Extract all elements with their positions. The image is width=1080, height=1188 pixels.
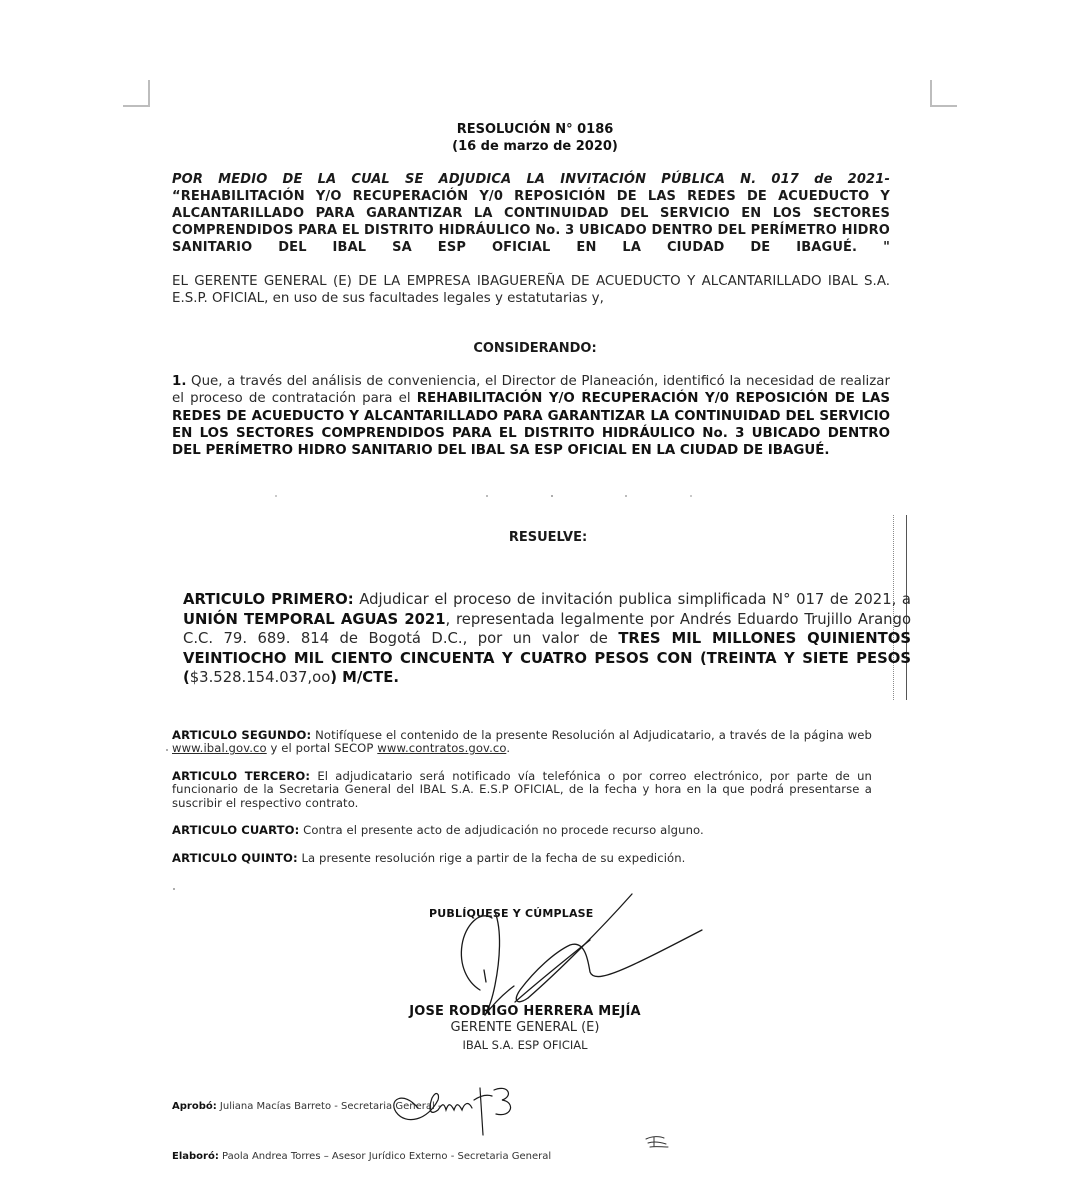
resuelve-heading: RESUELVE: bbox=[300, 530, 796, 545]
preamble-subject: “REHABILITACIÓN Y/O RECUPERACIÓN Y/0 REP… bbox=[172, 189, 890, 255]
initials-icon bbox=[642, 1134, 672, 1150]
articulo-text: Notifíquese el contenido de la presente … bbox=[315, 728, 872, 742]
approval-signature-icon bbox=[388, 1080, 528, 1140]
signer-organization: IBAL S.A. ESP OFICIAL bbox=[330, 1038, 720, 1052]
ibal-website-link[interactable]: www.ibal.gov.co bbox=[172, 741, 267, 755]
articulo-label: ARTICULO PRIMERO: bbox=[183, 591, 354, 608]
secop-website-link[interactable]: www.contratos.gov.co bbox=[377, 741, 506, 755]
articulo-cuarto: ARTICULO CUARTO: Contra el presente acto… bbox=[172, 824, 872, 837]
scan-speck bbox=[551, 495, 553, 497]
scan-speck bbox=[173, 888, 175, 890]
scan-speck bbox=[275, 495, 277, 497]
signer-name: JOSE RODRIGO HERRERA MEJÍA bbox=[330, 1004, 720, 1019]
awardee-name: UNIÓN TEMPORAL AGUAS 2021 bbox=[183, 611, 446, 628]
articulo-text: y el portal SECOP bbox=[271, 741, 374, 755]
preamble: POR MEDIO DE LA CUAL SE ADJUDICA LA INVI… bbox=[172, 171, 890, 256]
articulo-text: Contra el presente acto de adjudicación … bbox=[303, 823, 704, 837]
articulo-label: ARTICULO CUARTO: bbox=[172, 823, 299, 837]
page-corner-mark-left bbox=[123, 80, 150, 107]
approved-by-label: Aprobó: bbox=[172, 1101, 217, 1112]
prepared-by-label: Elaboró: bbox=[172, 1151, 219, 1162]
considerando-heading: CONSIDERANDO: bbox=[300, 341, 770, 356]
scan-speck bbox=[486, 495, 488, 497]
articulo-primero: ARTICULO PRIMERO: Adjudicar el proceso d… bbox=[183, 590, 911, 688]
intro-paragraph: EL GERENTE GENERAL (E) DE LA EMPRESA IBA… bbox=[172, 273, 890, 307]
signer-title: GERENTE GENERAL (E) bbox=[330, 1020, 720, 1035]
preamble-lead: POR MEDIO DE LA CUAL SE ADJUDICA LA INVI… bbox=[172, 172, 890, 187]
articulo-tercero: ARTICULO TERCERO: El adjudicatario será … bbox=[172, 770, 872, 810]
page-corner-mark-right bbox=[930, 80, 957, 107]
scan-speck bbox=[690, 495, 692, 497]
signature-icon bbox=[440, 890, 720, 1020]
amount-end: ) M/CTE. bbox=[330, 669, 399, 686]
scan-speck bbox=[625, 495, 627, 497]
scan-speck bbox=[166, 749, 168, 751]
resolution-title: RESOLUCIÓN N° 0186 bbox=[300, 122, 770, 137]
amount-number: $3.528.154.037,oo bbox=[190, 669, 330, 686]
prepared-by-text: Paola Andrea Torres – Asesor Jurídico Ex… bbox=[222, 1151, 551, 1162]
articulo-label: ARTICULO QUINTO: bbox=[172, 851, 298, 865]
articulo-label: ARTICULO SEGUNDO: bbox=[172, 728, 311, 742]
resolution-date: (16 de marzo de 2020) bbox=[300, 139, 770, 154]
item-number: 1. bbox=[172, 374, 186, 389]
articulo-text: . bbox=[506, 741, 510, 755]
articulo-text: La presente resolución rige a partir de … bbox=[301, 851, 685, 865]
articulo-segundo: ARTICULO SEGUNDO: Notifíquese el conteni… bbox=[172, 729, 872, 756]
prepared-by: Elaboró: Paola Andrea Torres – Asesor Ju… bbox=[172, 1151, 551, 1162]
articulo-label: ARTICULO TERCERO: bbox=[172, 769, 310, 783]
considerando-item-1: 1. Que, a través del análisis de conveni… bbox=[172, 373, 890, 459]
articulo-quinto: ARTICULO QUINTO: La presente resolución … bbox=[172, 852, 872, 865]
articulo-text: Adjudicar el proceso de invitación publi… bbox=[359, 591, 911, 608]
